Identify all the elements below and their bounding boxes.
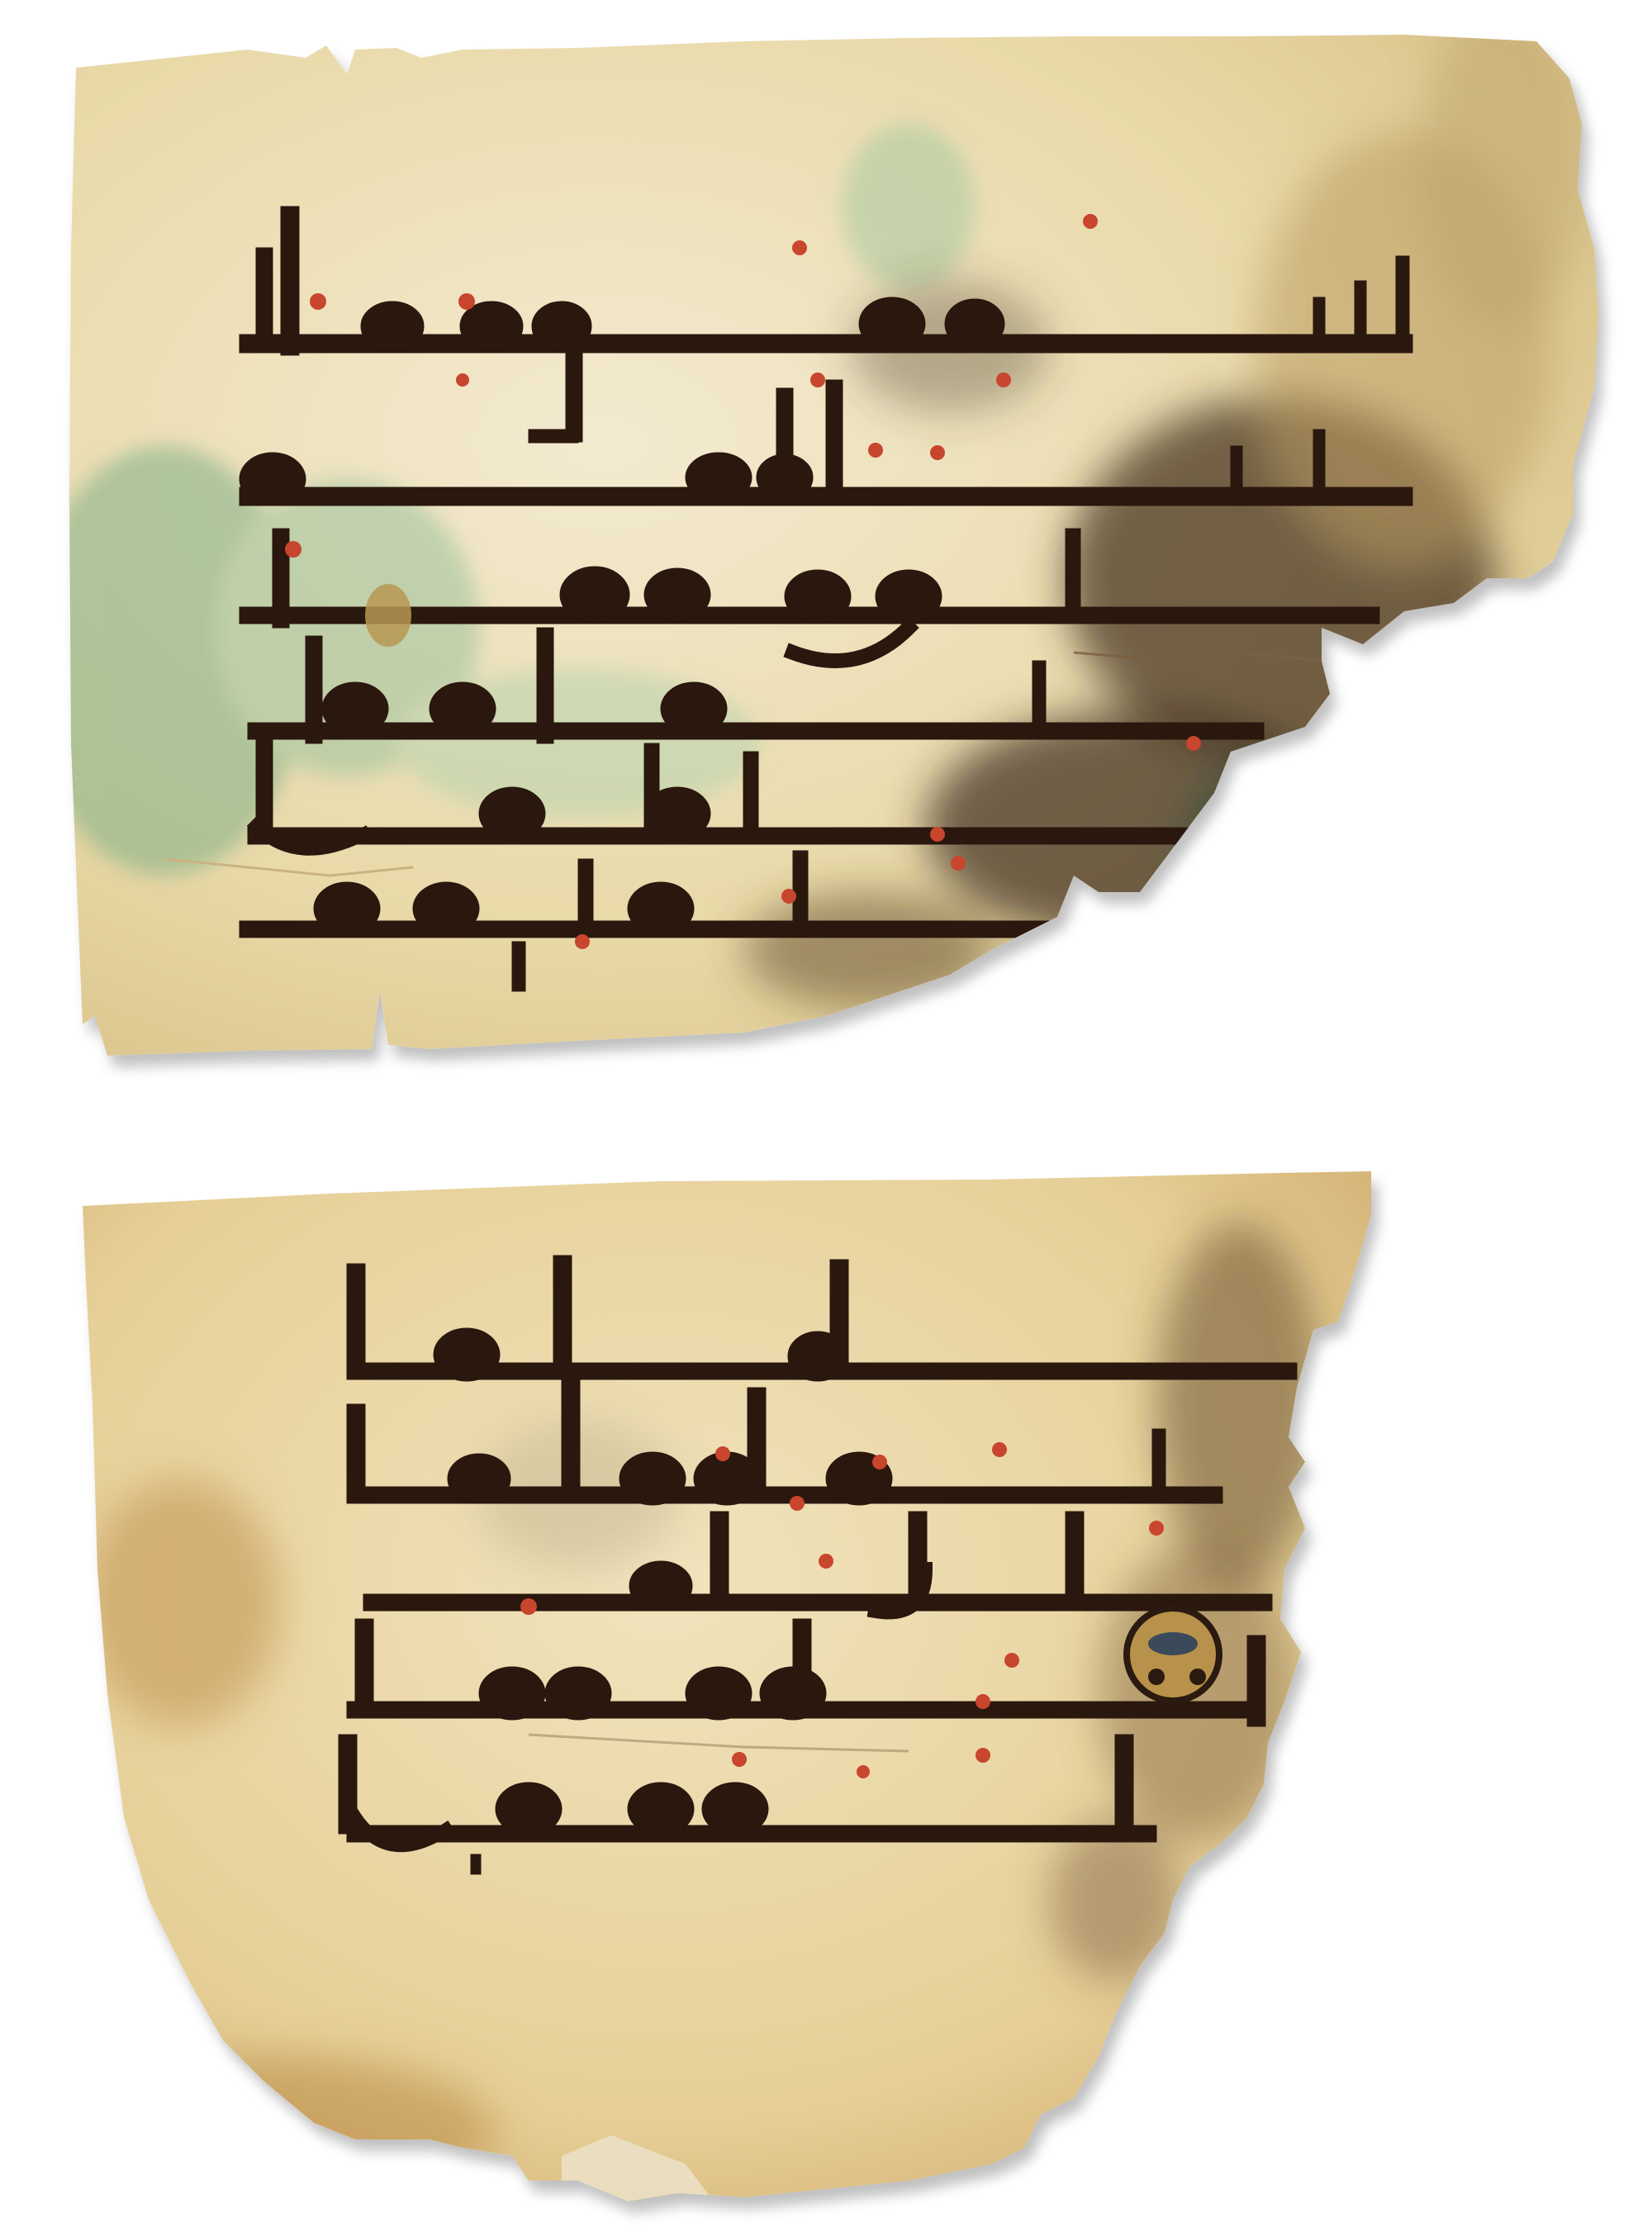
manuscript-photo: Two fragments of an early Qur'an manuscr…	[0, 0, 1652, 2236]
upper-gold-illumination	[365, 584, 411, 647]
manuscript-illustration	[0, 0, 1652, 2236]
lower-gold-rosette	[1127, 1608, 1219, 1701]
